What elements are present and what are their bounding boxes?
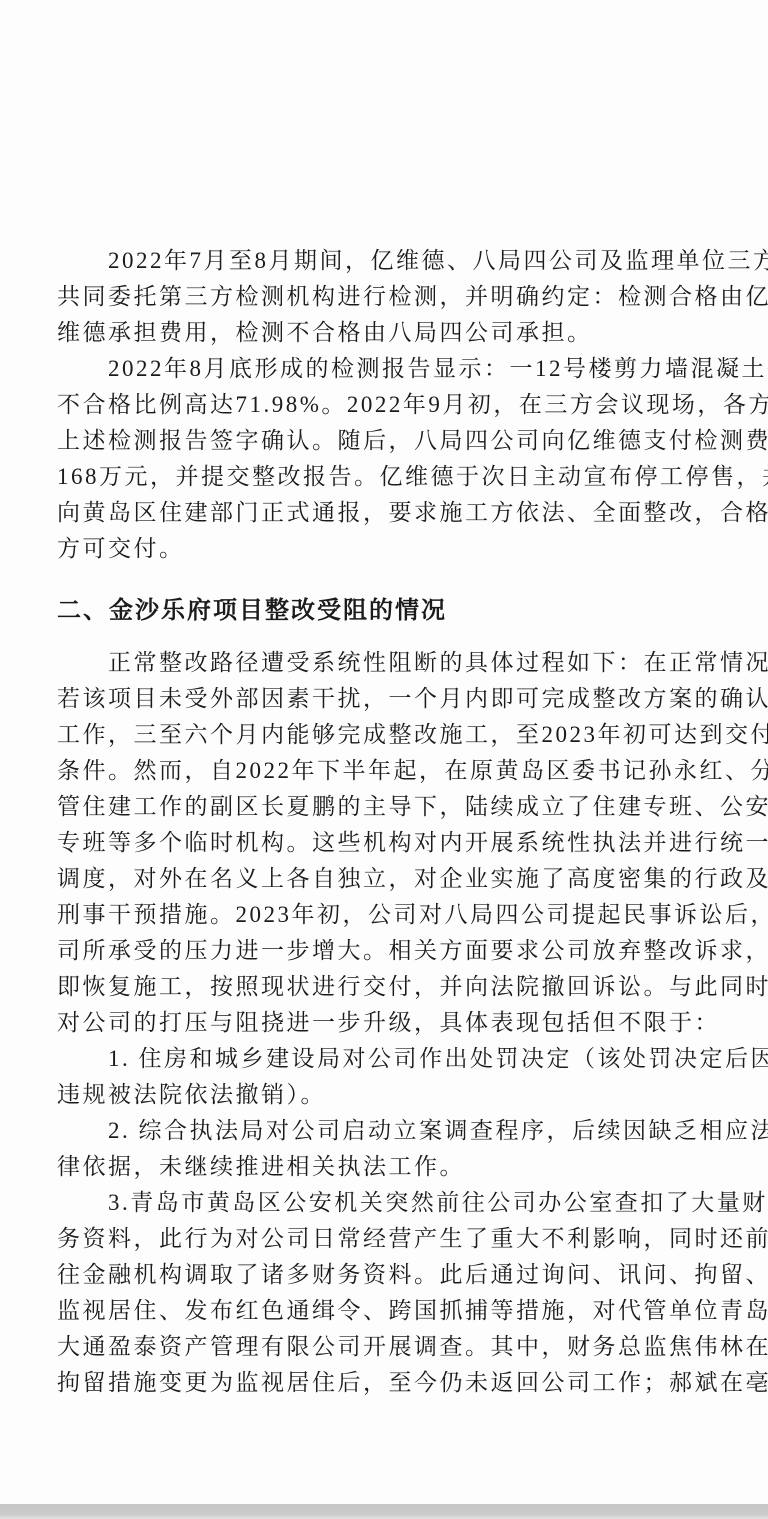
text-line: 不合格比例高达71.98%。2022年9月初，在三方会议现场，各方对: [57, 387, 728, 423]
text-line: 往金融机构调取了诸多财务资料。此后通过询问、讯问、拘留、: [57, 1257, 728, 1293]
paragraph: 1. 住房和城乡建设局对公司作出处罚决定（该处罚决定后因违规被法院依法撤销）。: [57, 1041, 728, 1113]
text-line: 2. 综合执法局对公司启动立案调查程序，后续因缺乏相应法: [57, 1113, 728, 1149]
text-line: 正常整改路径遭受系统性阻断的具体过程如下：在正常情况下，: [57, 645, 728, 681]
text-line: 1. 住房和城乡建设局对公司作出处罚决定（该处罚决定后因: [57, 1041, 728, 1077]
text-line: 上述检测报告签字确认。随后，八局四公司向亿维德支付检测费用: [57, 423, 728, 459]
text-line: 管住建工作的副区长夏鹏的主导下，陆续成立了住建专班、公安: [57, 789, 728, 825]
screen-bottom-bar: [0, 1504, 768, 1519]
text-line: 维德承担费用，检测不合格由八局四公司承担。: [57, 315, 728, 351]
text-line: 工作，三至六个月内能够完成整改施工，至2023年初可达到交付: [57, 717, 728, 753]
text-line: 3.青岛市黄岛区公安机关突然前往公司办公室查扣了大量财: [57, 1185, 728, 1221]
text-line: 拘留措施变更为监视居住后，至今仍未返回公司工作；郝斌在亳: [57, 1365, 728, 1401]
text-line: 即恢复施工，按照现状进行交付，并向法院撤回诉讼。与此同时，: [57, 969, 728, 1005]
text-line: 2022年7月至8月期间，亿维德、八局四公司及监理单位三方: [57, 243, 728, 279]
document-text-body: 2022年7月至8月期间，亿维德、八局四公司及监理单位三方共同委托第三方检测机构…: [57, 243, 728, 1401]
text-line: 专班等多个临时机构。这些机构对内开展系统性执法并进行统一: [57, 825, 728, 861]
text-line: 监视居住、发布红色通缉令、跨国抓捕等措施，对代管单位青岛: [57, 1293, 728, 1329]
text-line: 务资料，此行为对公司日常经营产生了重大不利影响，同时还前: [57, 1221, 728, 1257]
text-line: 司所承受的压力进一步增大。相关方面要求公司放弃整改诉求，立: [57, 933, 728, 969]
text-line: 违规被法院依法撤销）。: [57, 1077, 728, 1113]
text-line: 向黄岛区住建部门正式通报，要求施工方依法、全面整改，合格后: [57, 495, 728, 531]
paragraph: 2. 综合执法局对公司启动立案调查程序，后续因缺乏相应法律依据，未继续推进相关执…: [57, 1113, 728, 1185]
paragraph: 正常整改路径遭受系统性阻断的具体过程如下：在正常情况下，若该项目未受外部因素干扰…: [57, 645, 728, 1041]
text-line: 律依据，未继续推进相关执法工作。: [57, 1149, 728, 1185]
text-line: 2022年8月底形成的检测报告显示：一12号楼剪力墙混凝土强度: [57, 351, 728, 387]
text-line: 条件。然而，自2022年下半年起，在原黄岛区委书记孙永红、分: [57, 753, 728, 789]
paragraph: 2022年8月底形成的检测报告显示：一12号楼剪力墙混凝土强度不合格比例高达71…: [57, 351, 728, 567]
text-line: 方可交付。: [57, 531, 728, 567]
text-line: 对公司的打压与阻挠进一步升级，具体表现包括但不限于：: [57, 1005, 728, 1041]
text-line: 共同委托第三方检测机构进行检测，并明确约定：检测合格由亿: [57, 279, 728, 315]
paragraph: 3.青岛市黄岛区公安机关突然前往公司办公室查扣了大量财务资料，此行为对公司日常经…: [57, 1185, 728, 1401]
document-page: 2022年7月至8月期间，亿维德、八局四公司及监理单位三方共同委托第三方检测机构…: [0, 0, 768, 1519]
text-line: 若该项目未受外部因素干扰，一个月内即可完成整改方案的确认: [57, 681, 728, 717]
text-line: 二、金沙乐府项目整改受阻的情况: [57, 593, 728, 629]
text-line: 168万元，并提交整改报告。亿维德于次日主动宣布停工停售，并: [57, 459, 728, 495]
text-line: 大通盈泰资产管理有限公司开展调查。其中，财务总监焦伟林在: [57, 1329, 728, 1365]
section-heading: 二、金沙乐府项目整改受阻的情况: [57, 593, 728, 629]
paragraph: 2022年7月至8月期间，亿维德、八局四公司及监理单位三方共同委托第三方检测机构…: [57, 243, 728, 351]
text-line: 刑事干预措施。2023年初，公司对八局四公司提起民事诉讼后，公: [57, 897, 728, 933]
text-line: 调度，对外在名义上各自独立，对企业实施了高度密集的行政及: [57, 861, 728, 897]
